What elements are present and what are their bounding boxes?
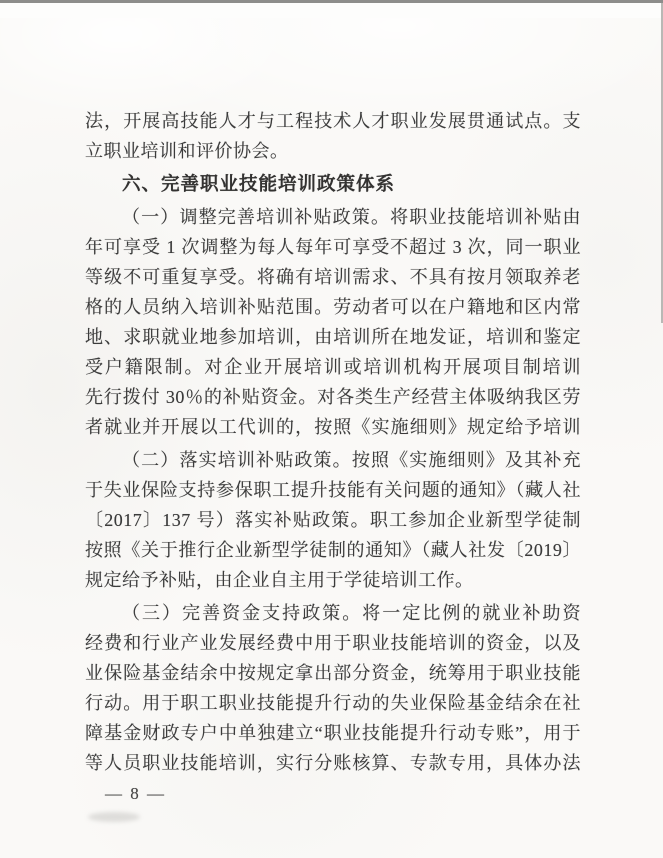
paragraph: （一）调整完善培训补贴政策。将职业技能培训补贴由每人每年可享受 1 次调整为每人…: [85, 202, 581, 442]
text-line: 先行拨付 30％的补贴资金。对各类生产经营主体吸纳我区劳动: [85, 382, 581, 412]
text-line: 年可享受 1 次调整为每人每年可享受不超过 3 次，同一职业同一: [85, 232, 581, 262]
paragraph: 法，开展高技能人才与工程技术人才职业发展贯通试点。支持建立职业培训和评价协会。: [85, 106, 581, 166]
text-line: 规定给予补贴，由企业自主用于学徒培训工作。: [85, 565, 581, 595]
text-line: 业保险基金结余中按规定拿出部分资金，统筹用于职业技能提升: [85, 658, 581, 688]
paragraph: （三）完善资金支持政策。将一定比例的就业补助资金、人才经费和行业产业发展经费中用…: [85, 598, 581, 778]
document-body: 法，开展高技能人才与工程技术人才职业发展贯通试点。支持建立职业培训和评价协会。六…: [85, 106, 581, 809]
scan-smudge-artifact: [88, 812, 140, 822]
text-line: 格的人员纳入培训补贴范围。劳动者可以在户籍地和区内常住: [85, 292, 581, 322]
text-line: 地、求职就业地参加培训，由培训所在地发证，培训和鉴定补贴不: [85, 322, 581, 352]
text-line: 立职业培训和评价协会。: [85, 136, 581, 166]
text-line: 等人员职业技能培训，实行分账核算、专款专用，具体办法由财政: [85, 748, 581, 778]
text-line: （三）完善资金支持政策。将一定比例的就业补助资金、人才: [85, 598, 581, 628]
text-line: 者就业并开展以工代训的，按照《实施细则》规定给予培训补贴。: [85, 412, 581, 442]
page-number: — 8 —: [85, 779, 581, 809]
scan-edge-top-band: [0, 3, 663, 18]
text-line: 行动。用于职工职业技能提升行动的失业保险基金结余在社会保: [85, 688, 581, 718]
paragraph-list: 法，开展高技能人才与工程技术人才职业发展贯通试点。支持建立职业培训和评价协会。六…: [85, 106, 581, 778]
text-line: 法，开展高技能人才与工程技术人才职业发展贯通试点。支持建: [85, 106, 581, 136]
scanned-page: 法，开展高技能人才与工程技术人才职业发展贯通试点。支持建立职业培训和评价协会。六…: [0, 0, 663, 858]
section-heading: 六、完善职业技能培训政策体系: [85, 169, 581, 199]
text-line: 等级不可重复享受。将确有培训需求、不具有按月领取养老金资: [85, 262, 581, 292]
paragraph: （二）落实培训补贴政策。按照《实施细则》及其补充通知、《关于失业保险支持参保职工…: [85, 445, 581, 595]
text-line: 于失业保险支持参保职工提升技能有关问题的通知》（藏人社发: [85, 475, 581, 505]
text-line: 按照《关于推行企业新型学徒制的通知》（藏人社发〔2019〕47 号）: [85, 535, 581, 565]
text-line: （二）落实培训补贴政策。按照《实施细则》及其补充通知、《关: [85, 445, 581, 475]
text-line: 经费和行业产业发展经费中用于职业技能培训的资金，以及从失: [85, 628, 581, 658]
text-line: 〔2017〕137 号）落实补贴政策。职工参加企业新型学徒制培训的，: [85, 505, 581, 535]
text-line: 受户籍限制。对企业开展培训或培训机构开展项目制培训的，可: [85, 352, 581, 382]
text-line: 障基金财政专户中单独建立“职业技能提升行动专账”，用于职工: [85, 718, 581, 748]
text-line: 六、完善职业技能培训政策体系: [85, 169, 581, 199]
text-line: （一）调整完善培训补贴政策。将职业技能培训补贴由每人每: [85, 202, 581, 232]
